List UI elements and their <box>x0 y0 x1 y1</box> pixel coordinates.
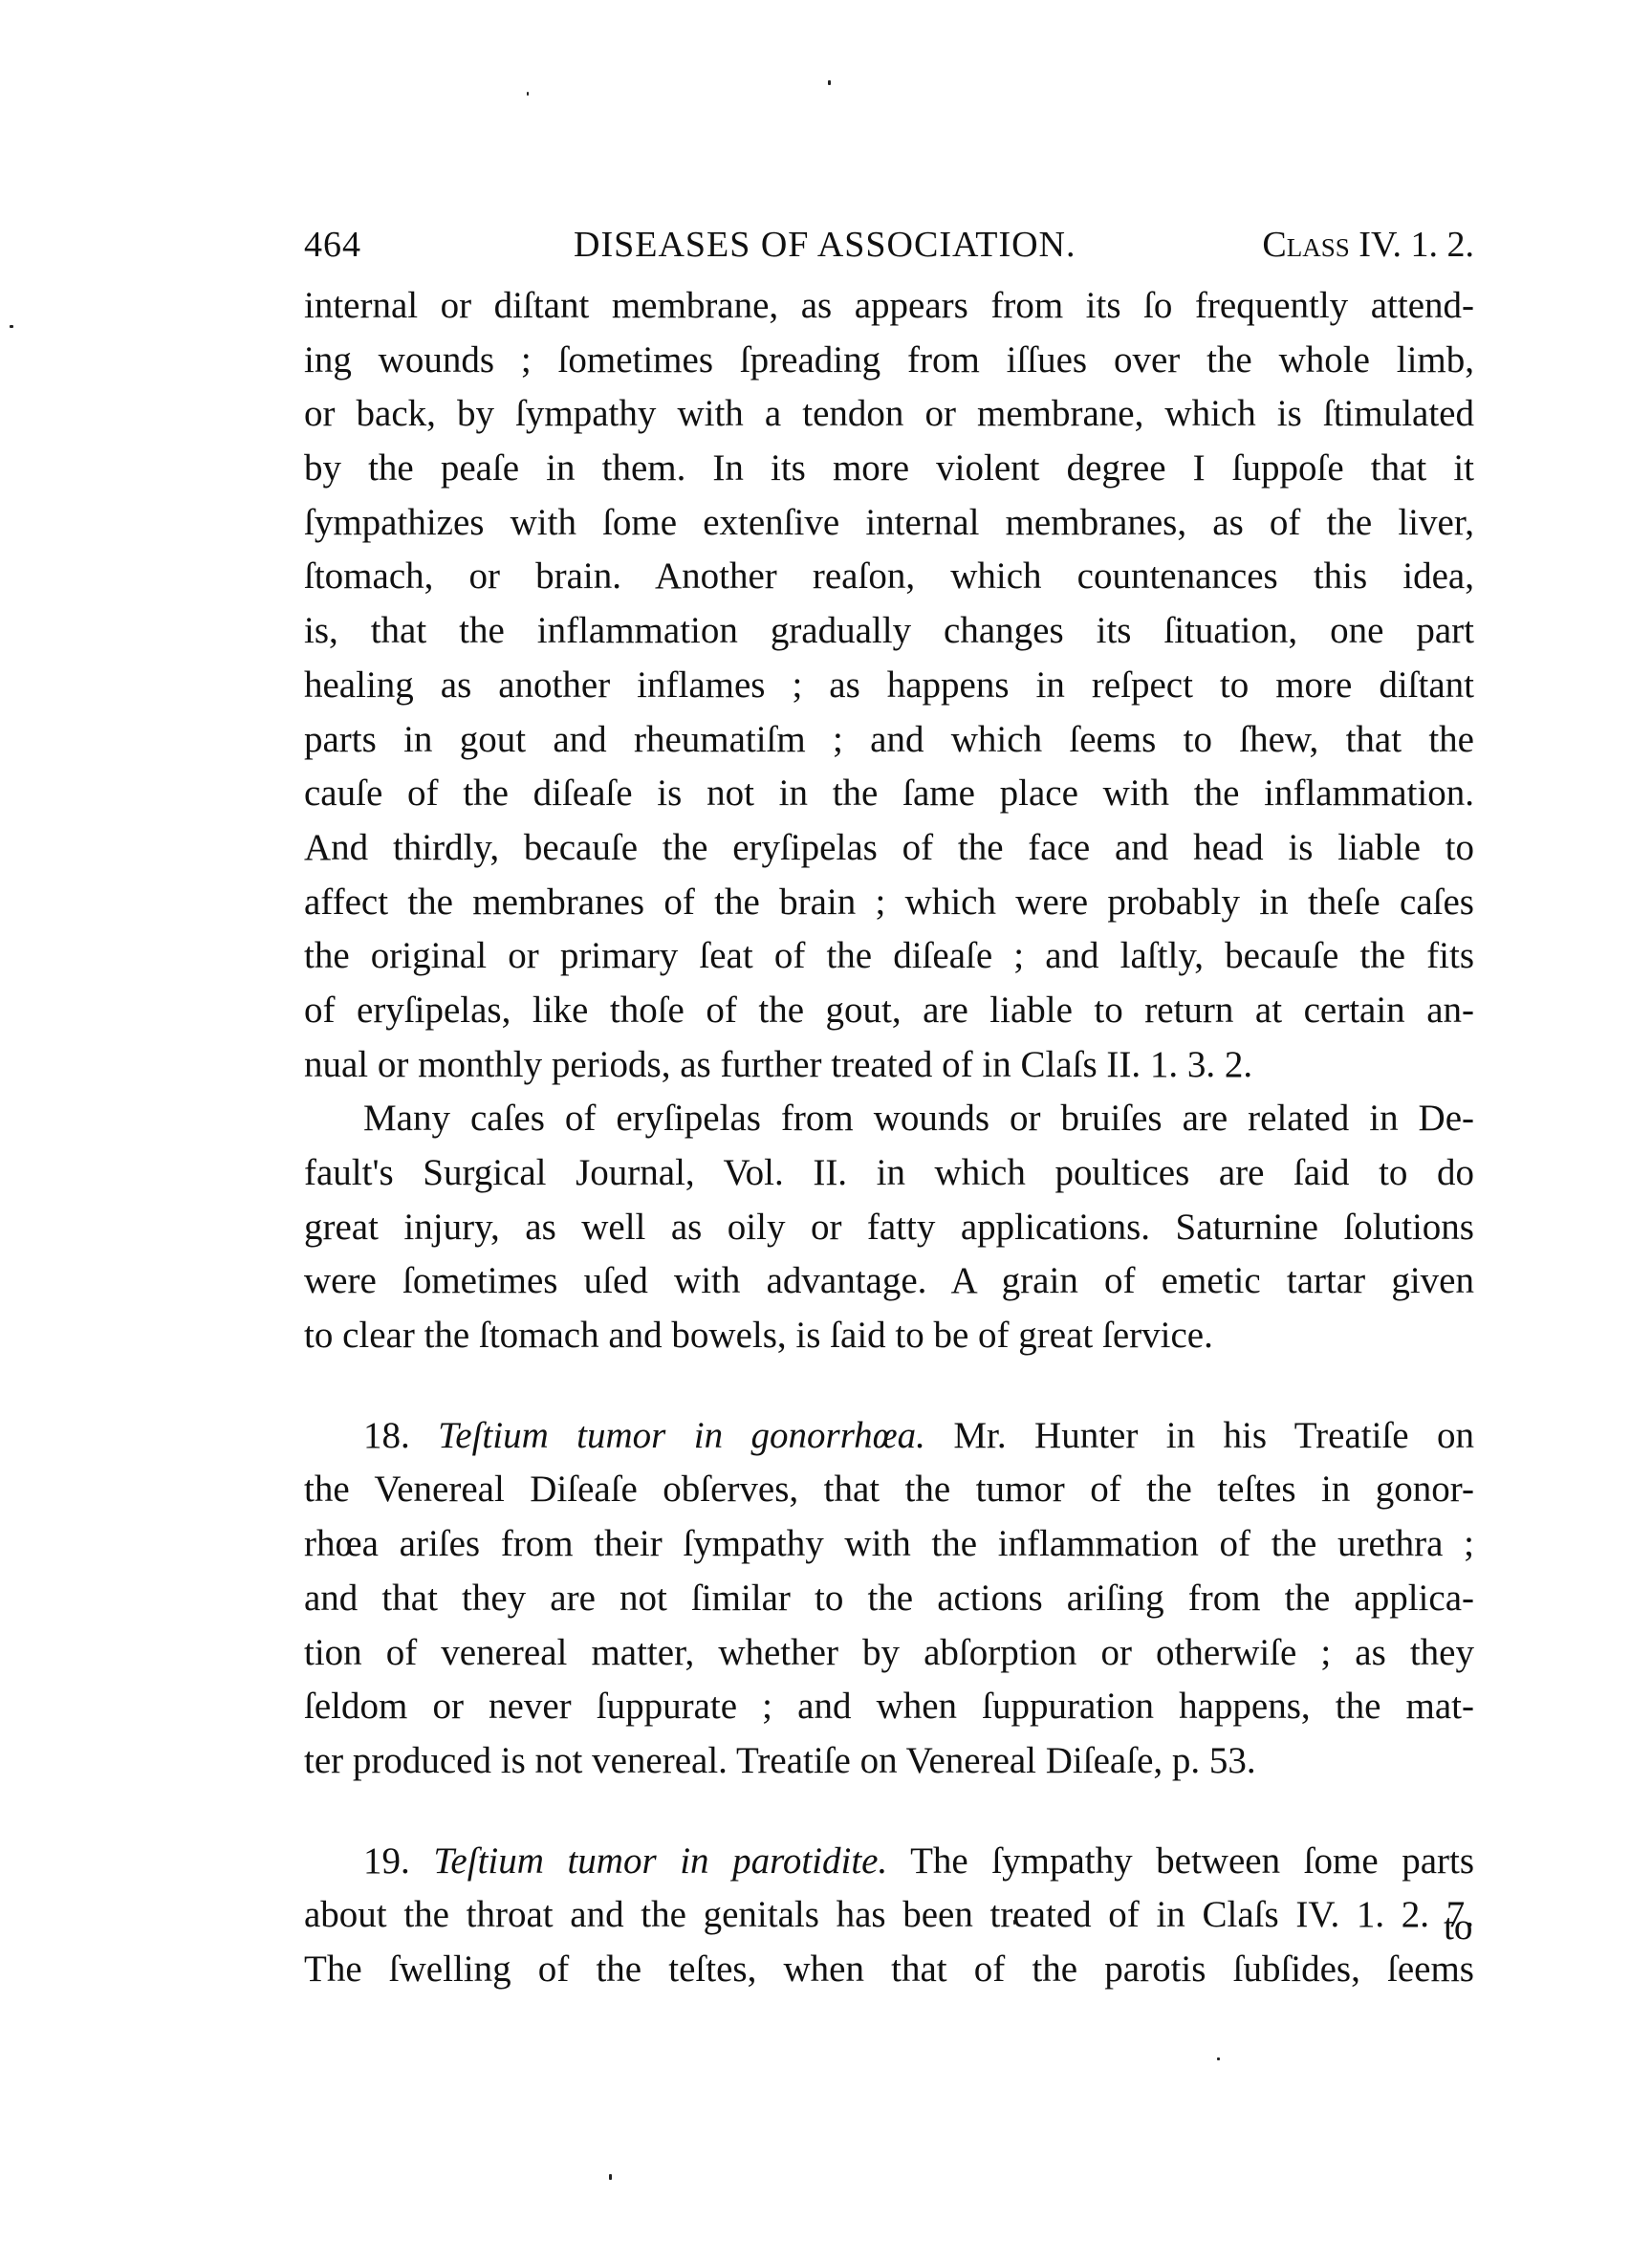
text-line: or back, by ſympathy with a tendon or me… <box>304 387 1474 442</box>
text-line: ter produced is not venereal. Treatiſe o… <box>304 1734 1474 1789</box>
section-number: 19. <box>363 1840 410 1882</box>
text-line: and that they are not ſimilar to the act… <box>304 1572 1474 1626</box>
catchword: to <box>1444 1901 1472 1954</box>
section-heading: Teſtium tumor in gonorrhœa. <box>438 1415 925 1456</box>
scan-speck <box>1217 2057 1220 2060</box>
text-line: were ſometimes uſed with advantage. A gr… <box>304 1254 1474 1309</box>
body-text: internal or diſtant membrane, as appears… <box>304 279 1474 1997</box>
text-line: tion of venereal matter, whether by abſo… <box>304 1626 1474 1681</box>
text-line: parts in gout and rheumatiſm ; and which… <box>304 713 1474 768</box>
text-line: cauſe of the diſeaſe is not in the ſame … <box>304 767 1474 821</box>
section-gap <box>304 1363 1474 1409</box>
text-run: Mr. Hunter in his Treatiſe on <box>953 1415 1474 1456</box>
text-line: the original or primary ſeat of the diſe… <box>304 929 1474 984</box>
section-number: 18. <box>363 1415 410 1456</box>
scan-speck <box>1013 1920 1015 1925</box>
text-line: Many caſes of eryſipelas from wounds or … <box>304 1092 1474 1146</box>
text-line: ſeldom or never ſuppurate ; and when ſup… <box>304 1680 1474 1734</box>
text-line: And thirdly, becauſe the eryſipelas of t… <box>304 821 1474 876</box>
text-line: the Venereal Diſeaſe obſerves, that the … <box>304 1463 1474 1517</box>
text-line: healing as another inflames ; as happens… <box>304 659 1474 713</box>
section-18: 18. Teſtium tumor in gonorrhœa. Mr. Hunt… <box>304 1409 1474 1789</box>
text-line: to clear the ſtomach and bowels, is ſaid… <box>304 1309 1474 1363</box>
text-line: fault's Surgical Journal, Vol. II. in wh… <box>304 1146 1474 1201</box>
running-head: 464 DISEASES OF ASSOCIATION. Class IV. 1… <box>304 218 1474 272</box>
text-line: great injury, as well as oily or fatty a… <box>304 1201 1474 1255</box>
section-heading-line: 18. Teſtium tumor in gonorrhœa. Mr. Hunt… <box>304 1409 1474 1464</box>
section-heading: Teſtium tumor in parotidite. <box>433 1840 887 1882</box>
text-line: ſympathizes with ſome extenſive internal… <box>304 496 1474 551</box>
text-line: affect the membranes of the brain ; whic… <box>304 876 1474 930</box>
text-line: by the peaſe in them. In its more violen… <box>304 442 1474 496</box>
text-line: ing wounds ; ſometimes ſpreading from iſ… <box>304 334 1474 388</box>
scan-speck <box>10 325 13 328</box>
text-line: nual or monthly periods, as further trea… <box>304 1038 1474 1093</box>
section-heading-line: 19. Teſtium tumor in parotidite. The ſym… <box>304 1835 1474 1889</box>
paragraph-default-journal: Many caſes of eryſipelas from wounds or … <box>304 1092 1474 1362</box>
scan-speck <box>609 2174 612 2180</box>
page-number: 464 <box>304 218 361 272</box>
section-gap <box>304 1789 1474 1835</box>
text-line: ſtomach, or brain. Another reaſon, which… <box>304 550 1474 604</box>
scan-speck <box>828 80 831 85</box>
text-run: The ſympathy between ſome parts <box>910 1840 1474 1882</box>
text-line: about the throat and the genitals has be… <box>304 1888 1474 1943</box>
text-line: The ſwelling of the teſtes, when that of… <box>304 1943 1474 1997</box>
text-line: is, that the inflammation gradually chan… <box>304 604 1474 659</box>
scan-speck <box>527 92 529 96</box>
text-line: internal or diſtant membrane, as appears… <box>304 279 1474 334</box>
class-reference: Class IV. 1. 2. <box>1262 218 1474 272</box>
paragraph-continuation: internal or diſtant membrane, as appears… <box>304 279 1474 1092</box>
text-line: of eryſipelas, like thoſe of the gout, a… <box>304 984 1474 1038</box>
text-line: rhœa ariſes from their ſympathy with the… <box>304 1517 1474 1572</box>
book-page: 464 DISEASES OF ASSOCIATION. Class IV. 1… <box>0 0 1652 2264</box>
running-title: DISEASES OF ASSOCIATION. <box>574 218 1076 272</box>
section-19: 19. Teſtium tumor in parotidite. The ſym… <box>304 1835 1474 1997</box>
